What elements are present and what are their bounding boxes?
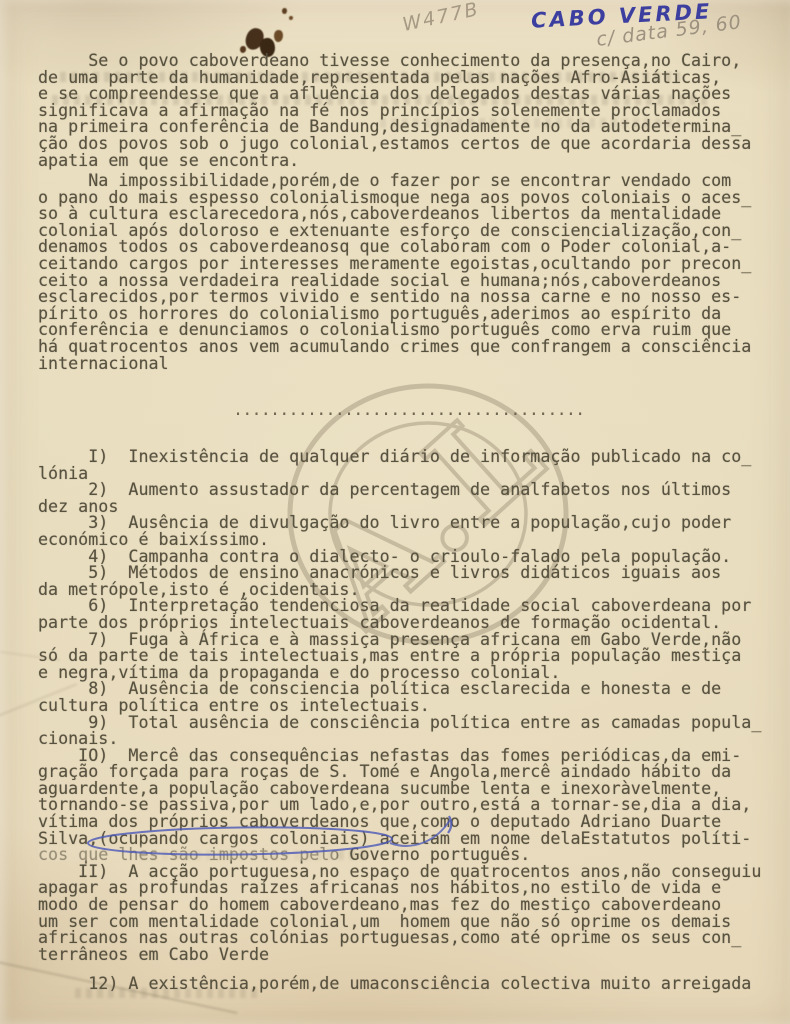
handwritten-archive-code: W477B <box>401 0 482 36</box>
items-list: I) Inexistência de qualquer diário de in… <box>38 448 761 992</box>
list-item-8: 8) Ausência de consciencia política escl… <box>38 680 761 713</box>
paragraph-2: Na impossibilidade,porém,de o fazer por … <box>38 172 751 371</box>
scanned-document-page: A.L W477B CABO VERDE c/ data 59, 60 Se o… <box>0 0 790 1024</box>
list-item-6: 6) Interpretação tendenciosa da realidad… <box>38 597 761 630</box>
list-item-II: II) A acção portuguesa,no espaço de quat… <box>38 863 761 963</box>
list-item-12: 12) A existência,porém,de umaconsciência… <box>38 975 761 992</box>
dotted-separator: ...................................... <box>233 401 584 418</box>
list-item-5: 5) Métodos de ensino anacrónicos e livro… <box>38 564 761 597</box>
list-item-9: 9) Total ausência de consciência polític… <box>38 714 761 747</box>
faded-typing-patch <box>38 846 338 861</box>
list-item-3: 3) Ausência de divulgação do livro entre… <box>38 514 761 547</box>
list-item-2: 2) Aumento assustador da percentagem de … <box>38 481 761 514</box>
paragraph-1: Se o povo caboverdeano tivesse conhecime… <box>38 52 751 168</box>
list-item-7: 7) Fuga à África e à massiça presença af… <box>38 631 761 681</box>
list-item-I: I) Inexistência de qualquer diário de in… <box>38 448 761 481</box>
